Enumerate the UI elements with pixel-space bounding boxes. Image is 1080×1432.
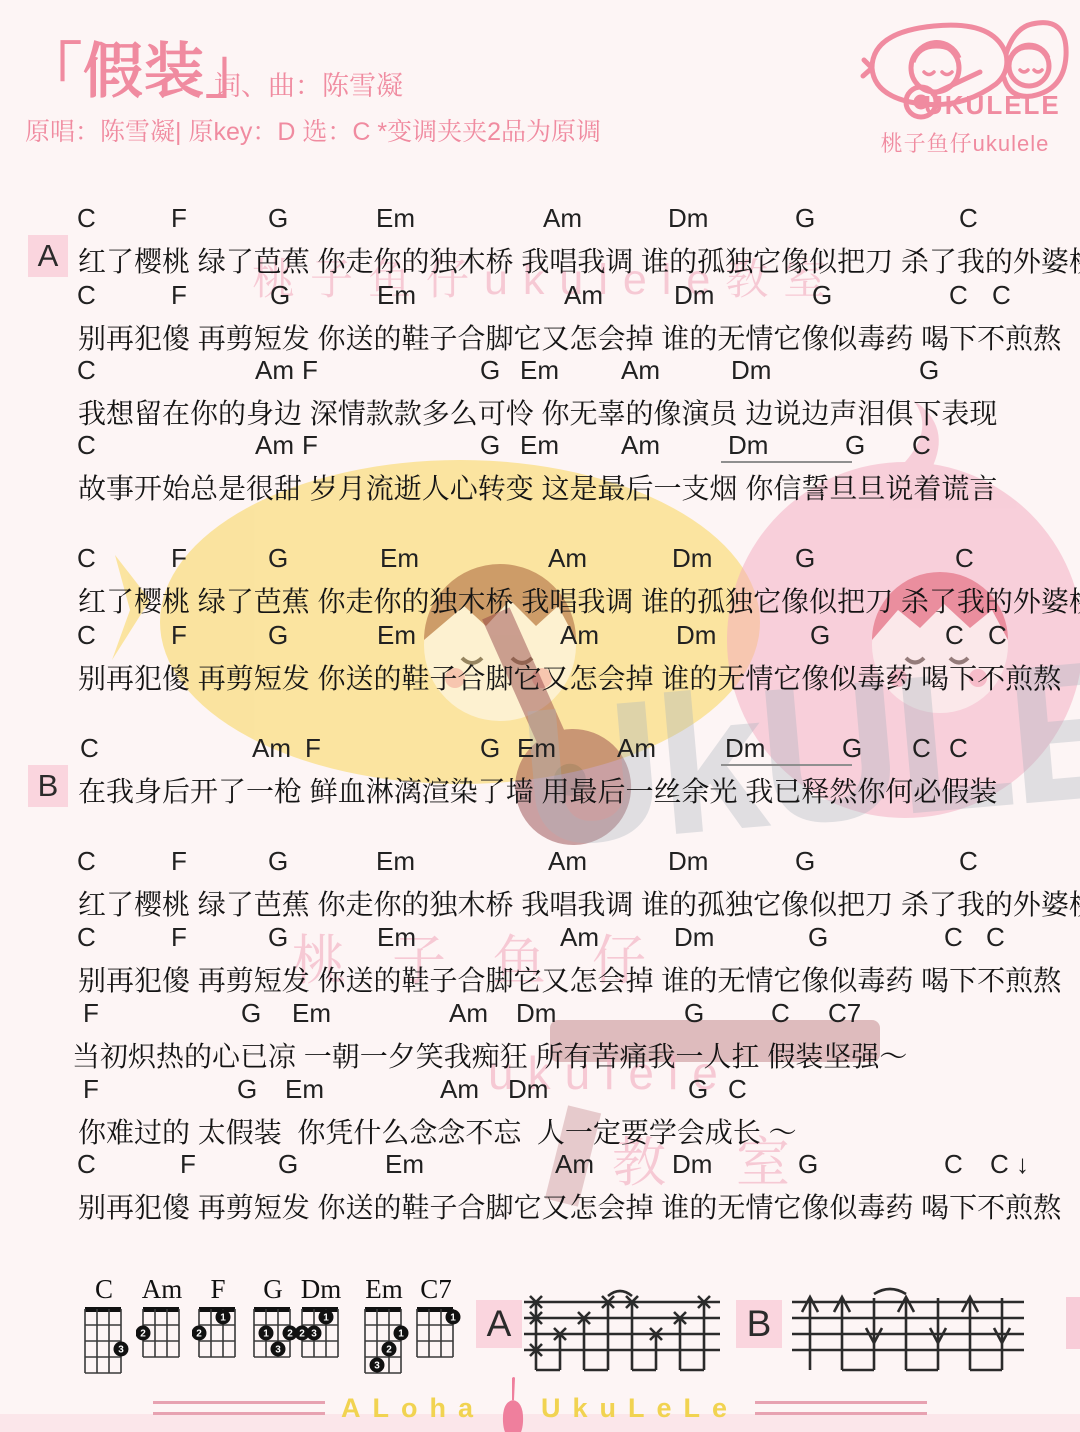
chord-label: G [688, 1074, 708, 1105]
chord-diagram-F: F12 [192, 1274, 244, 1366]
chord-label: Em [520, 430, 559, 461]
lyric-line: 别再犯傻 再剪短发 你送的鞋子合脚它又怎会掉 谁的无情它像似毒药 喝下不煎熬 [78, 317, 1061, 357]
svg-text:3: 3 [275, 1345, 281, 1356]
lyric-line: 红了樱桃 绿了芭蕉 你走你的独木桥 我唱我调 谁的孤独它像似把刀 杀了我的外婆桥 [78, 883, 1080, 923]
chord-label: F [171, 620, 187, 651]
chord-diagram-Am: Am2 [136, 1274, 188, 1366]
chord-label: Am [621, 355, 660, 386]
chord-label: Am [555, 1149, 594, 1180]
chord-grid: 1 [410, 1304, 462, 1361]
chord-label: G [812, 280, 832, 311]
chord-label: C [771, 998, 790, 1029]
chord-label: Dm [674, 922, 714, 953]
chord-label: C7 [828, 998, 861, 1029]
chord-label: G [268, 846, 288, 877]
chord-label: Dm [731, 355, 771, 386]
chord-label: Dm [728, 430, 768, 461]
chord-label: Am [548, 543, 587, 574]
chord-label: G [268, 922, 288, 953]
chord-label: C [959, 203, 978, 234]
chord-label: G [919, 355, 939, 386]
svg-text:2: 2 [299, 1329, 305, 1340]
chord-diagram-label: C [78, 1274, 130, 1304]
chord-diagram-label: Em [358, 1274, 410, 1304]
chord-grid: 3 [78, 1304, 130, 1377]
svg-text:3: 3 [311, 1329, 317, 1340]
lyric-line: 故事开始总是很甜 岁月流逝人心转变 这是最后一支烟 你信誓旦旦说着谎言 [78, 467, 997, 507]
chord-label: Am [560, 620, 599, 651]
chord-diagram-label: G [247, 1274, 299, 1304]
chord-label: G [795, 203, 815, 234]
chord-label: C [945, 620, 964, 651]
svg-text:1: 1 [263, 1329, 269, 1340]
chord-label: Dm [668, 203, 708, 234]
chord-diagram-label: Dm [295, 1274, 347, 1304]
chord-label: F [305, 733, 321, 764]
chord-label: G [795, 543, 815, 574]
chord-diagram-G: G123 [247, 1274, 299, 1366]
strum-pattern-a-badge: A [476, 1300, 522, 1348]
sheet-lines: ACFGEmAmDmGC红了樱桃 绿了芭蕉 你走你的独木桥 我唱我调 谁的孤独它… [0, 0, 1080, 1432]
chord-label: C [77, 355, 96, 386]
lyric-line: 我想留在你的身边 深情款款多么可怜 你无辜的像演员 边说边声泪俱下表现 [78, 392, 997, 432]
lyric-line: 别再犯傻 再剪短发 你送的鞋子合脚它又怎会掉 谁的无情它像似毒药 喝下不煎熬 [78, 959, 1061, 999]
chord-label: F [171, 846, 187, 877]
chord-label: G [795, 846, 815, 877]
chord-label: Am [252, 733, 291, 764]
svg-text:3: 3 [374, 1361, 380, 1372]
chord-label: C [944, 1149, 963, 1180]
svg-text:2: 2 [196, 1329, 202, 1340]
chord-label: G [845, 430, 865, 461]
chord-label: Em [292, 998, 331, 1029]
chord-label: G [278, 1149, 298, 1180]
chord-sheet-page: 桃子鱼仔ukulele教室 UkULELE 桃子鱼仔 ukulele 教室 「假… [0, 0, 1080, 1432]
svg-text:1: 1 [220, 1313, 226, 1324]
chord-label: F [180, 1149, 196, 1180]
chord-label: Am [560, 922, 599, 953]
chord-diagram-C7: C71 [410, 1274, 462, 1366]
footer-line-right [755, 1401, 927, 1415]
chord-label: C [77, 1149, 96, 1180]
chord-label: Dm [672, 543, 712, 574]
chord-label: C [955, 543, 974, 574]
chord-label: Dm [676, 620, 716, 651]
chord-label: C [77, 620, 96, 651]
chord-label: G [268, 620, 288, 651]
chord-label: Am [617, 733, 656, 764]
chord-label: C [988, 620, 1007, 651]
chord-label: F [171, 280, 187, 311]
chord-label: G [810, 620, 830, 651]
chord-label: F [171, 203, 187, 234]
lyric-line: 别再犯傻 再剪短发 你送的鞋子合脚它又怎会掉 谁的无情它像似毒药 喝下不煎熬 [78, 657, 1061, 697]
strum-pattern-b-badge: B [736, 1300, 782, 1348]
chord-label: Am [548, 846, 587, 877]
lyric-line: 红了樱桃 绿了芭蕉 你走你的独木桥 我唱我调 谁的孤独它像似把刀 杀了我的外婆桥 [78, 240, 1080, 280]
chord-label: C [912, 430, 931, 461]
chord-label: G [270, 280, 290, 311]
svg-text:2: 2 [386, 1345, 392, 1356]
chord-label: C [986, 922, 1005, 953]
chord-label: G [684, 998, 704, 1029]
footer-text-left: ALoha [341, 1393, 485, 1424]
chord-diagram-Em: Em123 [358, 1274, 410, 1382]
chord-label: G [268, 543, 288, 574]
chord-label: ↓ [1016, 1149, 1029, 1180]
chord-label: Am [449, 998, 488, 1029]
chord-label: C [77, 922, 96, 953]
footer-ukulele-icon [501, 1376, 525, 1432]
chord-grid: 123 [247, 1304, 299, 1361]
chord-label: C [949, 733, 968, 764]
chord-underline [721, 461, 852, 463]
chord-underline [721, 764, 852, 766]
chord-label: F [302, 355, 318, 386]
chord-diagram-Dm: Dm123 [295, 1274, 347, 1366]
chord-label: C [959, 846, 978, 877]
chord-label: C [990, 1149, 1009, 1180]
chord-label: F [171, 922, 187, 953]
chord-label: G [808, 922, 828, 953]
chord-diagram-label: C7 [410, 1274, 462, 1304]
chord-label: Dm [725, 733, 765, 764]
chord-label: C [992, 280, 1011, 311]
svg-text:2: 2 [140, 1329, 146, 1340]
chord-label: C [77, 543, 96, 574]
chord-label: Em [285, 1074, 324, 1105]
chord-grid: 12 [192, 1304, 244, 1361]
footer-text-right: UkuLeLe [541, 1393, 739, 1424]
chord-label: G [798, 1149, 818, 1180]
chord-label: Dm [668, 846, 708, 877]
chord-diagram-label: F [192, 1274, 244, 1304]
chord-label: C [77, 280, 96, 311]
strum-pattern-a [520, 1286, 724, 1382]
chord-label: F [83, 1074, 99, 1105]
lyric-line: 当初炽热的心已凉 一朝一夕笑我痴狂 所有苦痛我一人扛 假装坚强～ [72, 1035, 907, 1075]
chord-label: G [842, 733, 862, 764]
chord-label: G [480, 733, 500, 764]
chord-label: Am [564, 280, 603, 311]
chord-label: Em [377, 922, 416, 953]
chord-label: Am [621, 430, 660, 461]
lyric-line: 别再犯傻 再剪短发 你送的鞋子合脚它又怎会掉 谁的无情它像似毒药 喝下不煎熬 [78, 1186, 1061, 1226]
svg-text:1: 1 [323, 1313, 329, 1324]
chord-label: Am [255, 355, 294, 386]
chord-label: Em [377, 620, 416, 651]
chord-label: F [83, 998, 99, 1029]
chord-label: C [944, 922, 963, 953]
chord-label: C [80, 733, 99, 764]
chord-label: G [241, 998, 261, 1029]
svg-text:2: 2 [287, 1329, 293, 1340]
chord-label: Em [376, 846, 415, 877]
chord-label: G [480, 430, 500, 461]
chord-diagram-C: C3 [78, 1274, 130, 1382]
svg-text:1: 1 [398, 1329, 404, 1340]
chord-label: Em [380, 543, 419, 574]
chord-label: C [912, 733, 931, 764]
chord-label: Dm [508, 1074, 548, 1105]
chord-label: G [237, 1074, 257, 1105]
chord-label: F [171, 543, 187, 574]
chord-grid: 123 [358, 1304, 410, 1377]
section-badge: A [28, 235, 68, 277]
lyric-line: 红了樱桃 绿了芭蕉 你走你的独木桥 我唱我调 谁的孤独它像似把刀 杀了我的外婆桥 [78, 580, 1080, 620]
chord-label: Em [376, 203, 415, 234]
footer-line-left [153, 1401, 325, 1415]
chord-label: F [302, 430, 318, 461]
chord-label: C [728, 1074, 747, 1105]
chord-label: Dm [672, 1149, 712, 1180]
chord-label: C [77, 203, 96, 234]
footer: ALoha UkuLeLe [0, 1376, 1080, 1432]
chord-label: C [77, 846, 96, 877]
lyric-line: 在我身后开了一枪 鲜血淋漓渲染了墙 用最后一丝余光 我已释然你何必假装 [78, 770, 997, 810]
svg-text:1: 1 [450, 1313, 456, 1324]
chord-diagram-label: Am [136, 1274, 188, 1304]
chord-grid: 123 [295, 1304, 347, 1361]
chord-label: Em [385, 1149, 424, 1180]
chord-label: Em [520, 355, 559, 386]
svg-text:3: 3 [118, 1345, 124, 1356]
chord-label: G [268, 203, 288, 234]
chord-label: Dm [516, 998, 556, 1029]
strum-pattern-b [788, 1286, 1028, 1382]
chord-label: C [949, 280, 968, 311]
chord-label: C [77, 430, 96, 461]
section-badge: B [28, 765, 68, 807]
chord-label: Em [517, 733, 556, 764]
chord-label: Am [255, 430, 294, 461]
chord-label: G [480, 355, 500, 386]
chord-label: Dm [674, 280, 714, 311]
chord-grid: 2 [136, 1304, 188, 1361]
chord-label: Am [543, 203, 582, 234]
lyric-line: 你难过的 太假装 你凭什么念念不忘 人一定要学会成长 ～ [78, 1111, 797, 1151]
chord-label: Em [377, 280, 416, 311]
chord-label: Am [440, 1074, 479, 1105]
